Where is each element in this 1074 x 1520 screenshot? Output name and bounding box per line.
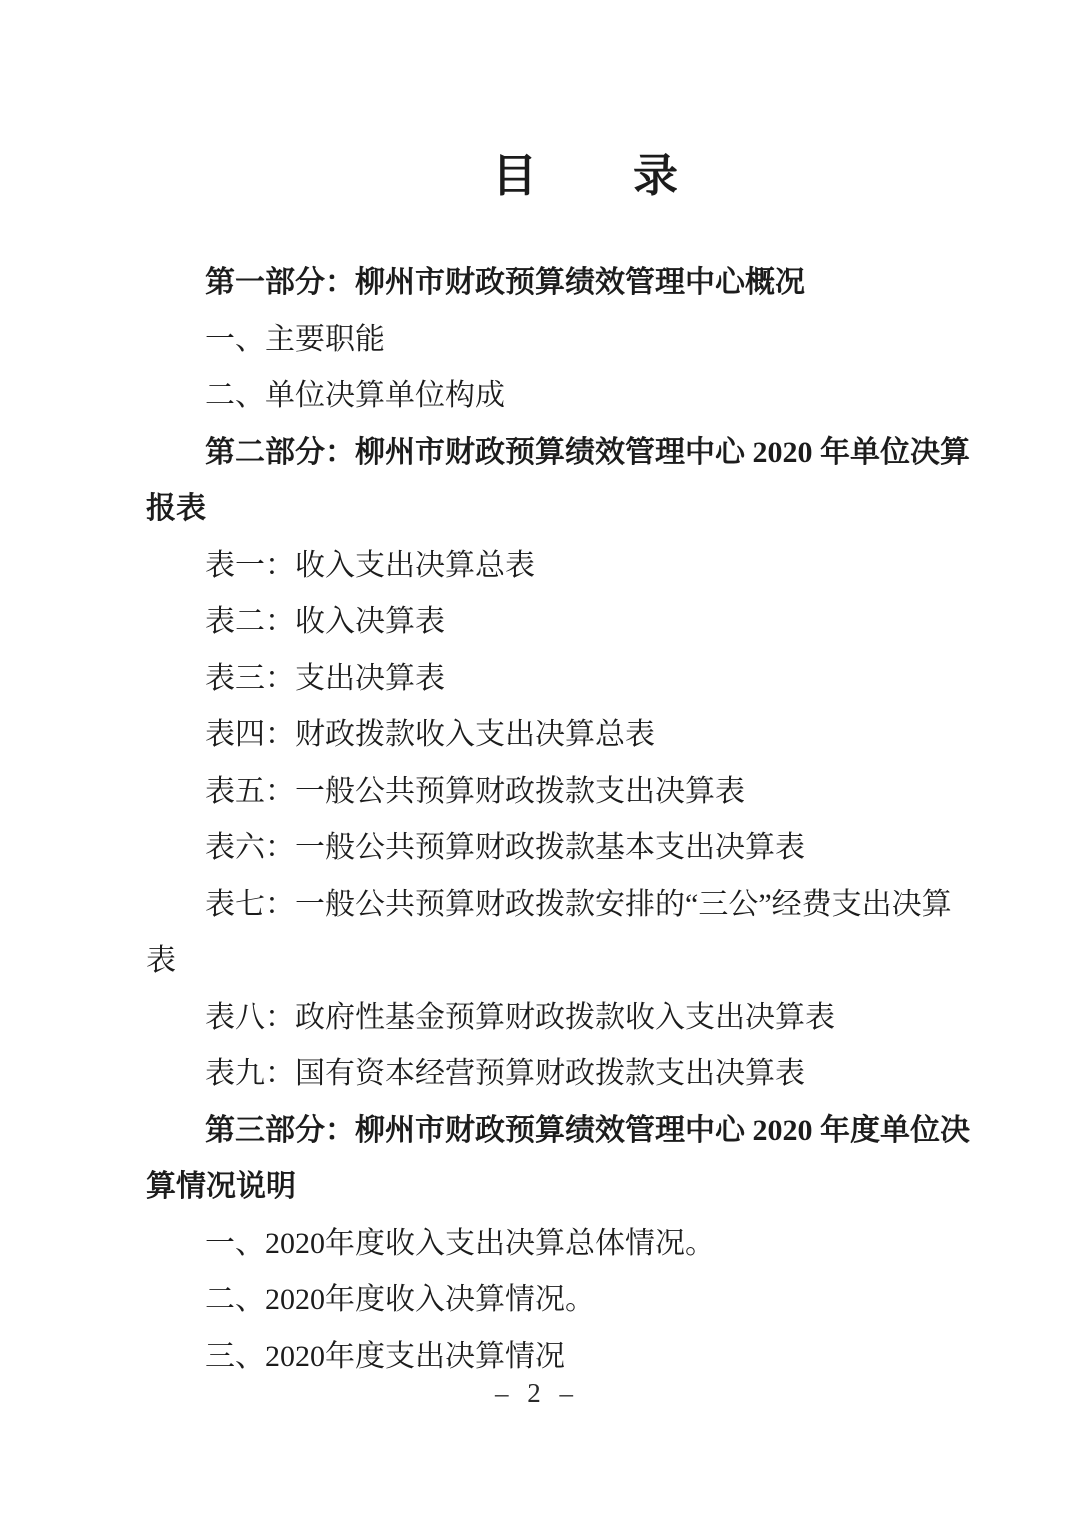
toc-entry: 表六：一般公共预算财政拨款基本支出决算表 xyxy=(146,820,1026,877)
toc-entry: 表八：政府性基金预算财政拨款收入支出决算表 xyxy=(146,990,1026,1047)
toc-entry: 表三：支出决算表 xyxy=(146,651,1026,708)
toc-section-heading-part2-continuation: 报表 xyxy=(146,481,1026,538)
page-number: – 2 – xyxy=(0,1376,1074,1410)
toc-entry: 表五：一般公共预算财政拨款支出决算表 xyxy=(146,764,1026,821)
toc-entry: 二、2020年度收入决算情况。 xyxy=(146,1272,1026,1329)
page-title: 目 录 xyxy=(146,148,1026,204)
toc-entry-continuation: 表 xyxy=(146,933,1026,990)
document-page: 目 录 第一部分：柳州市财政预算绩效管理中心概况 一、主要职能 二、单位决算单位… xyxy=(0,0,1074,1520)
toc-entry: 一、2020年度收入支出决算总体情况。 xyxy=(146,1216,1026,1273)
toc-section-heading-part3-continuation: 算情况说明 xyxy=(146,1159,1026,1216)
toc-section-heading-part1: 第一部分：柳州市财政预算绩效管理中心概况 xyxy=(146,255,1026,312)
toc-section-heading-part3: 第三部分：柳州市财政预算绩效管理中心 2020 年度单位决 xyxy=(146,1103,1026,1160)
toc-entry: 表七：一般公共预算财政拨款安排的“三公”经费支出决算 xyxy=(146,877,1026,934)
toc-entry: 一、主要职能 xyxy=(146,312,1026,369)
toc-entry: 二、单位决算单位构成 xyxy=(146,368,1026,425)
toc-entry: 表二：收入决算表 xyxy=(146,594,1026,651)
toc-content: 目 录 第一部分：柳州市财政预算绩效管理中心概况 一、主要职能 二、单位决算单位… xyxy=(146,148,1026,1385)
toc-entry: 表四：财政拨款收入支出决算总表 xyxy=(146,707,1026,764)
toc-entry: 表九：国有资本经营预算财政拨款支出决算表 xyxy=(146,1046,1026,1103)
toc-entry: 表一：收入支出决算总表 xyxy=(146,538,1026,595)
toc-section-heading-part2: 第二部分：柳州市财政预算绩效管理中心 2020 年单位决算 xyxy=(146,425,1026,482)
